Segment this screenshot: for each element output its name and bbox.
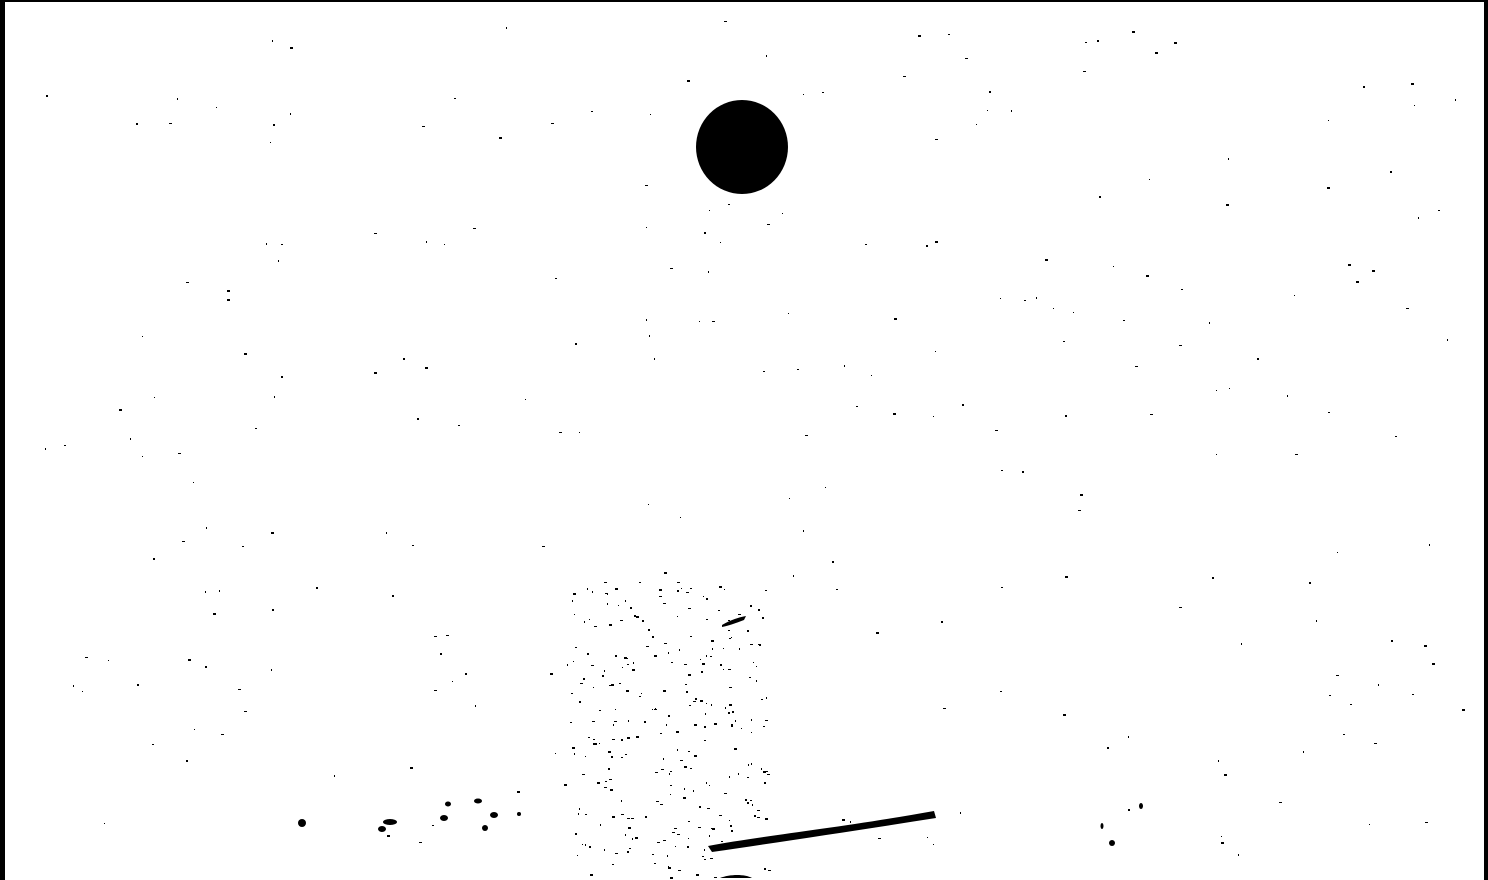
- speckle: [729, 704, 732, 706]
- speckle: [1432, 663, 1435, 665]
- speckle: [677, 834, 680, 835]
- diagonal-streak: [708, 616, 936, 878]
- speckle: [632, 669, 635, 671]
- speckle: [693, 790, 694, 792]
- speckle: [454, 98, 456, 99]
- speckle: [629, 848, 631, 849]
- speckle: [650, 114, 651, 115]
- speckle: [688, 751, 690, 752]
- speckle: [1001, 470, 1003, 471]
- speckle: [701, 671, 703, 673]
- speckle: [1390, 171, 1392, 173]
- speckle: [679, 649, 680, 651]
- speckle: [677, 749, 678, 751]
- speckle: [374, 372, 377, 374]
- speckle: [154, 397, 155, 398]
- speckle: [710, 656, 712, 657]
- speckle: [756, 680, 757, 682]
- speckle: [1097, 40, 1099, 42]
- speckle: [757, 817, 760, 818]
- speckle: [704, 232, 706, 234]
- speckle: [1228, 158, 1229, 160]
- speckle: [1149, 179, 1150, 180]
- speckle: [631, 818, 634, 819]
- speckle: [177, 98, 178, 100]
- speckle: [1418, 217, 1419, 219]
- speckle: [711, 704, 712, 706]
- speckle: [593, 687, 594, 688]
- speckle: [1179, 345, 1182, 346]
- speckle: [709, 785, 710, 786]
- speckle: [564, 784, 567, 786]
- speckle: [652, 636, 654, 638]
- speckle: [720, 242, 721, 243]
- speckle: [803, 94, 804, 95]
- speckle: [572, 747, 575, 749]
- speckle: [1085, 42, 1087, 43]
- speckle: [627, 658, 628, 659]
- speckle: [654, 358, 655, 360]
- speckle: [1011, 110, 1012, 112]
- speckle: [589, 846, 591, 848]
- speckle: [765, 590, 767, 591]
- speckle: [551, 123, 554, 124]
- speckle: [434, 690, 437, 691]
- speckle: [660, 733, 662, 734]
- speckle: [750, 800, 752, 801]
- speckle: [46, 95, 48, 97]
- speckle: [613, 724, 614, 726]
- speckle: [987, 110, 988, 111]
- speckle: [567, 664, 568, 666]
- speckle: [765, 720, 768, 721]
- speckle: [699, 321, 700, 322]
- speckle: [591, 111, 593, 112]
- speckle: [444, 244, 445, 245]
- speckle: [694, 755, 697, 757]
- speckle: [624, 657, 627, 659]
- speckle: [735, 720, 736, 722]
- speckle: [674, 828, 677, 829]
- speckle: [699, 806, 701, 808]
- speckle: [667, 855, 668, 857]
- speckle: [648, 629, 650, 631]
- speckle: [621, 757, 623, 758]
- speckle: [152, 744, 154, 745]
- speckle: [82, 691, 83, 692]
- speckle: [639, 582, 641, 583]
- speckle: [652, 709, 653, 710]
- speckle: [724, 793, 727, 794]
- speckle: [1045, 259, 1048, 261]
- speckle: [686, 691, 688, 693]
- speckle: [1337, 552, 1338, 553]
- speckle: [1348, 264, 1351, 266]
- speckle: [935, 139, 938, 140]
- speckle: [1328, 412, 1330, 413]
- speckle: [842, 819, 845, 821]
- speckle: [609, 624, 612, 626]
- speckle: [721, 841, 723, 842]
- speckle: [635, 837, 638, 839]
- speckle: [1279, 802, 1282, 803]
- speckle: [555, 753, 556, 754]
- speckle: [612, 864, 614, 865]
- speckle: [850, 821, 851, 823]
- speckle: [1429, 544, 1430, 546]
- speckle: [594, 626, 597, 627]
- speckle: [962, 404, 964, 406]
- speckle: [677, 616, 678, 617]
- speckle: [690, 636, 692, 637]
- speckle: [621, 739, 623, 741]
- speckle: [227, 290, 230, 292]
- speckle: [751, 719, 752, 721]
- speckle: [687, 846, 689, 848]
- speckle: [1369, 824, 1370, 825]
- speckle: [270, 142, 271, 143]
- speckle: [607, 603, 608, 605]
- speckle: [570, 722, 572, 723]
- speckle: [142, 336, 143, 337]
- speckle: [709, 210, 710, 211]
- speckle: [689, 705, 691, 706]
- speckle: [137, 684, 139, 686]
- speckle: [687, 80, 690, 82]
- speckle: [1287, 395, 1288, 397]
- speckle: [1107, 747, 1109, 749]
- speckle: [271, 669, 272, 671]
- speckle: [582, 774, 585, 775]
- speckle: [410, 767, 413, 769]
- speckle: [465, 673, 467, 675]
- speckle: [387, 835, 390, 837]
- speckle: [926, 245, 928, 247]
- speckle: [765, 818, 768, 820]
- speckle: [316, 587, 318, 589]
- speckle: [434, 636, 437, 637]
- speckle: [1395, 436, 1397, 437]
- speckle: [822, 92, 824, 93]
- speckle: [272, 40, 273, 42]
- speckle: [550, 673, 553, 675]
- speckle: [704, 740, 706, 741]
- speckle: [244, 711, 247, 712]
- speckle: [1078, 510, 1081, 511]
- speckle: [935, 241, 938, 243]
- speckle: [612, 739, 615, 740]
- blob-cluster: [298, 799, 1143, 847]
- speckle: [894, 318, 897, 320]
- speckle: [1150, 414, 1153, 415]
- speckle: [621, 800, 622, 802]
- speckle: [627, 664, 629, 665]
- speckle: [559, 432, 562, 433]
- speckle: [446, 635, 449, 636]
- speckle: [763, 771, 766, 773]
- speckle: [227, 299, 230, 301]
- speckle: [747, 802, 749, 804]
- speckle: [85, 657, 88, 658]
- speckle: [1309, 582, 1311, 584]
- speckle: [607, 593, 608, 595]
- speckle: [751, 732, 752, 733]
- speckle: [614, 721, 617, 722]
- speckle: [605, 781, 607, 782]
- speckle: [182, 541, 185, 542]
- speckle: [627, 737, 630, 739]
- speckle: [599, 710, 601, 711]
- speckle: [706, 619, 708, 620]
- speckle: [412, 545, 414, 546]
- speckle: [1221, 842, 1224, 844]
- speckle: [1209, 322, 1210, 324]
- speckle: [1411, 83, 1414, 85]
- speckle: [628, 827, 631, 829]
- speckle: [670, 794, 671, 795]
- speckle: [756, 666, 757, 667]
- speckle: [690, 588, 692, 589]
- speckle: [627, 851, 629, 853]
- speckle: [585, 814, 587, 815]
- speckle: [698, 827, 701, 828]
- speckle: [1374, 743, 1377, 744]
- speckle: [1257, 358, 1259, 360]
- speckle: [680, 517, 681, 518]
- speckle: [592, 591, 593, 593]
- speckle: [1229, 388, 1230, 389]
- speckle: [1063, 714, 1066, 716]
- speckle: [205, 591, 206, 593]
- speckle: [751, 763, 752, 765]
- speckle: [1065, 576, 1068, 578]
- speckle: [933, 416, 934, 417]
- speckle: [747, 777, 749, 778]
- speckle: [731, 725, 733, 727]
- speckle: [652, 854, 654, 855]
- speckle: [663, 603, 666, 604]
- speckle: [219, 590, 220, 592]
- speckle: [611, 756, 613, 758]
- speckle: [788, 313, 789, 314]
- speckle: [1378, 684, 1379, 686]
- speckle: [104, 823, 105, 824]
- speckle: [718, 610, 720, 611]
- speckle: [654, 863, 656, 864]
- speckle: [750, 644, 753, 645]
- speckle: [610, 789, 613, 791]
- speckle: [578, 813, 579, 815]
- speckle: [871, 375, 872, 376]
- speckle: [856, 406, 858, 407]
- speckle: [1179, 607, 1182, 608]
- speckle: [1363, 86, 1365, 88]
- speckle: [625, 754, 627, 755]
- speckle: [583, 678, 585, 680]
- speckle: [707, 808, 710, 809]
- speckle: [710, 858, 713, 859]
- speckle: [688, 821, 690, 822]
- speckle: [334, 775, 335, 777]
- speckle: [574, 614, 575, 615]
- speckle: [45, 448, 46, 450]
- speckle: [729, 638, 731, 639]
- speckle: [745, 799, 747, 801]
- speckle: [592, 721, 595, 722]
- speckle: [729, 820, 730, 821]
- speckle: [700, 659, 701, 660]
- speckle: [648, 504, 649, 505]
- speckle: [422, 126, 425, 127]
- speckle: [712, 321, 715, 322]
- speckle: [584, 621, 585, 623]
- speckle: [766, 697, 767, 699]
- speckle: [728, 712, 730, 714]
- speckle: [604, 670, 605, 672]
- speckle: [709, 835, 710, 837]
- speckle: [720, 664, 722, 666]
- speckle: [580, 683, 583, 684]
- speckle: [392, 595, 394, 597]
- speckle: [782, 213, 783, 214]
- speckle: [193, 482, 194, 483]
- speckle: [684, 766, 687, 768]
- speckle: [1316, 620, 1317, 622]
- speckle: [1238, 854, 1239, 856]
- speckle: [573, 661, 574, 662]
- speckle: [836, 589, 838, 590]
- black-disk: [696, 100, 788, 194]
- speckle: [832, 561, 834, 563]
- speckle: [688, 838, 689, 839]
- speckle: [723, 130, 725, 131]
- speckle: [1424, 645, 1427, 647]
- speckle: [590, 874, 593, 876]
- speckle: [1000, 298, 1001, 299]
- speckle: [588, 737, 590, 738]
- speckle: [644, 721, 646, 723]
- speckle: [739, 648, 740, 650]
- speckle: [927, 837, 928, 838]
- speckle: [1216, 454, 1217, 455]
- speckle: [1336, 675, 1339, 676]
- speckle: [641, 693, 642, 694]
- speckle: [575, 647, 577, 648]
- speckle: [933, 844, 934, 845]
- speckle: [499, 137, 502, 139]
- speckle: [670, 785, 672, 786]
- speckle: [893, 413, 896, 415]
- speckle: [632, 838, 633, 840]
- speckle: [714, 877, 717, 878]
- speckle: [1406, 308, 1409, 309]
- speckle: [213, 613, 216, 615]
- speckle: [1024, 300, 1026, 301]
- speckle: [426, 241, 427, 243]
- speckle: [1343, 734, 1345, 735]
- speckle: [1221, 836, 1222, 837]
- speckle: [729, 687, 732, 688]
- speckle: [602, 675, 604, 677]
- speckle: [611, 684, 614, 686]
- speckle: [628, 720, 629, 722]
- speckle: [655, 772, 658, 773]
- speckle: [734, 748, 737, 750]
- speckle: [386, 532, 387, 534]
- speckle: [1053, 308, 1054, 309]
- speckle: [719, 815, 722, 816]
- speckle: [671, 662, 673, 663]
- speckle: [706, 598, 708, 600]
- speckle: [797, 369, 799, 370]
- speckle: [1128, 736, 1129, 738]
- speckle: [1128, 809, 1130, 811]
- speckle: [668, 867, 671, 869]
- speckle: [719, 586, 722, 588]
- speckle: [729, 776, 730, 778]
- speckle: [608, 768, 610, 770]
- speckle: [663, 840, 666, 841]
- speckle: [670, 268, 673, 269]
- speckle: [475, 705, 476, 707]
- speckle: [704, 726, 706, 728]
- speckle: [119, 409, 122, 411]
- speckle: [278, 260, 279, 262]
- speckle: [995, 430, 998, 431]
- speckle: [1226, 204, 1229, 206]
- speckle: [646, 227, 647, 228]
- speckle: [965, 58, 968, 59]
- speckle: [670, 877, 673, 879]
- speckle: [706, 782, 707, 784]
- speckle: [664, 643, 667, 644]
- speckle: [1329, 695, 1331, 696]
- speckle: [748, 764, 749, 766]
- speckle: [918, 35, 921, 37]
- speckle: [659, 589, 662, 591]
- speckle: [702, 856, 704, 857]
- speckle: [136, 123, 138, 125]
- speckle: [1218, 760, 1219, 762]
- speckle: [188, 659, 191, 661]
- speckle: [1391, 640, 1393, 642]
- speckle: [575, 833, 577, 835]
- speckle: [761, 768, 762, 770]
- speckle: [615, 655, 617, 657]
- speckle: [525, 399, 526, 400]
- speckle: [712, 648, 713, 650]
- speckle: [458, 425, 460, 426]
- speckle: [506, 27, 507, 29]
- speckle: [728, 630, 730, 631]
- speckle: [636, 616, 639, 618]
- speckle: [281, 244, 283, 245]
- speckle: [759, 645, 761, 646]
- speckle: [719, 846, 721, 847]
- speckle: [1174, 42, 1177, 44]
- speckle: [646, 646, 649, 647]
- speckle: [762, 617, 764, 619]
- speckle: [1022, 471, 1024, 473]
- speckle: [723, 648, 724, 649]
- speckle: [1212, 577, 1214, 579]
- speckle: [1146, 275, 1149, 277]
- speckle: [1080, 494, 1083, 496]
- speckle: [738, 773, 739, 775]
- speckle: [290, 47, 293, 49]
- speckle: [766, 771, 768, 772]
- speckle: [731, 637, 732, 638]
